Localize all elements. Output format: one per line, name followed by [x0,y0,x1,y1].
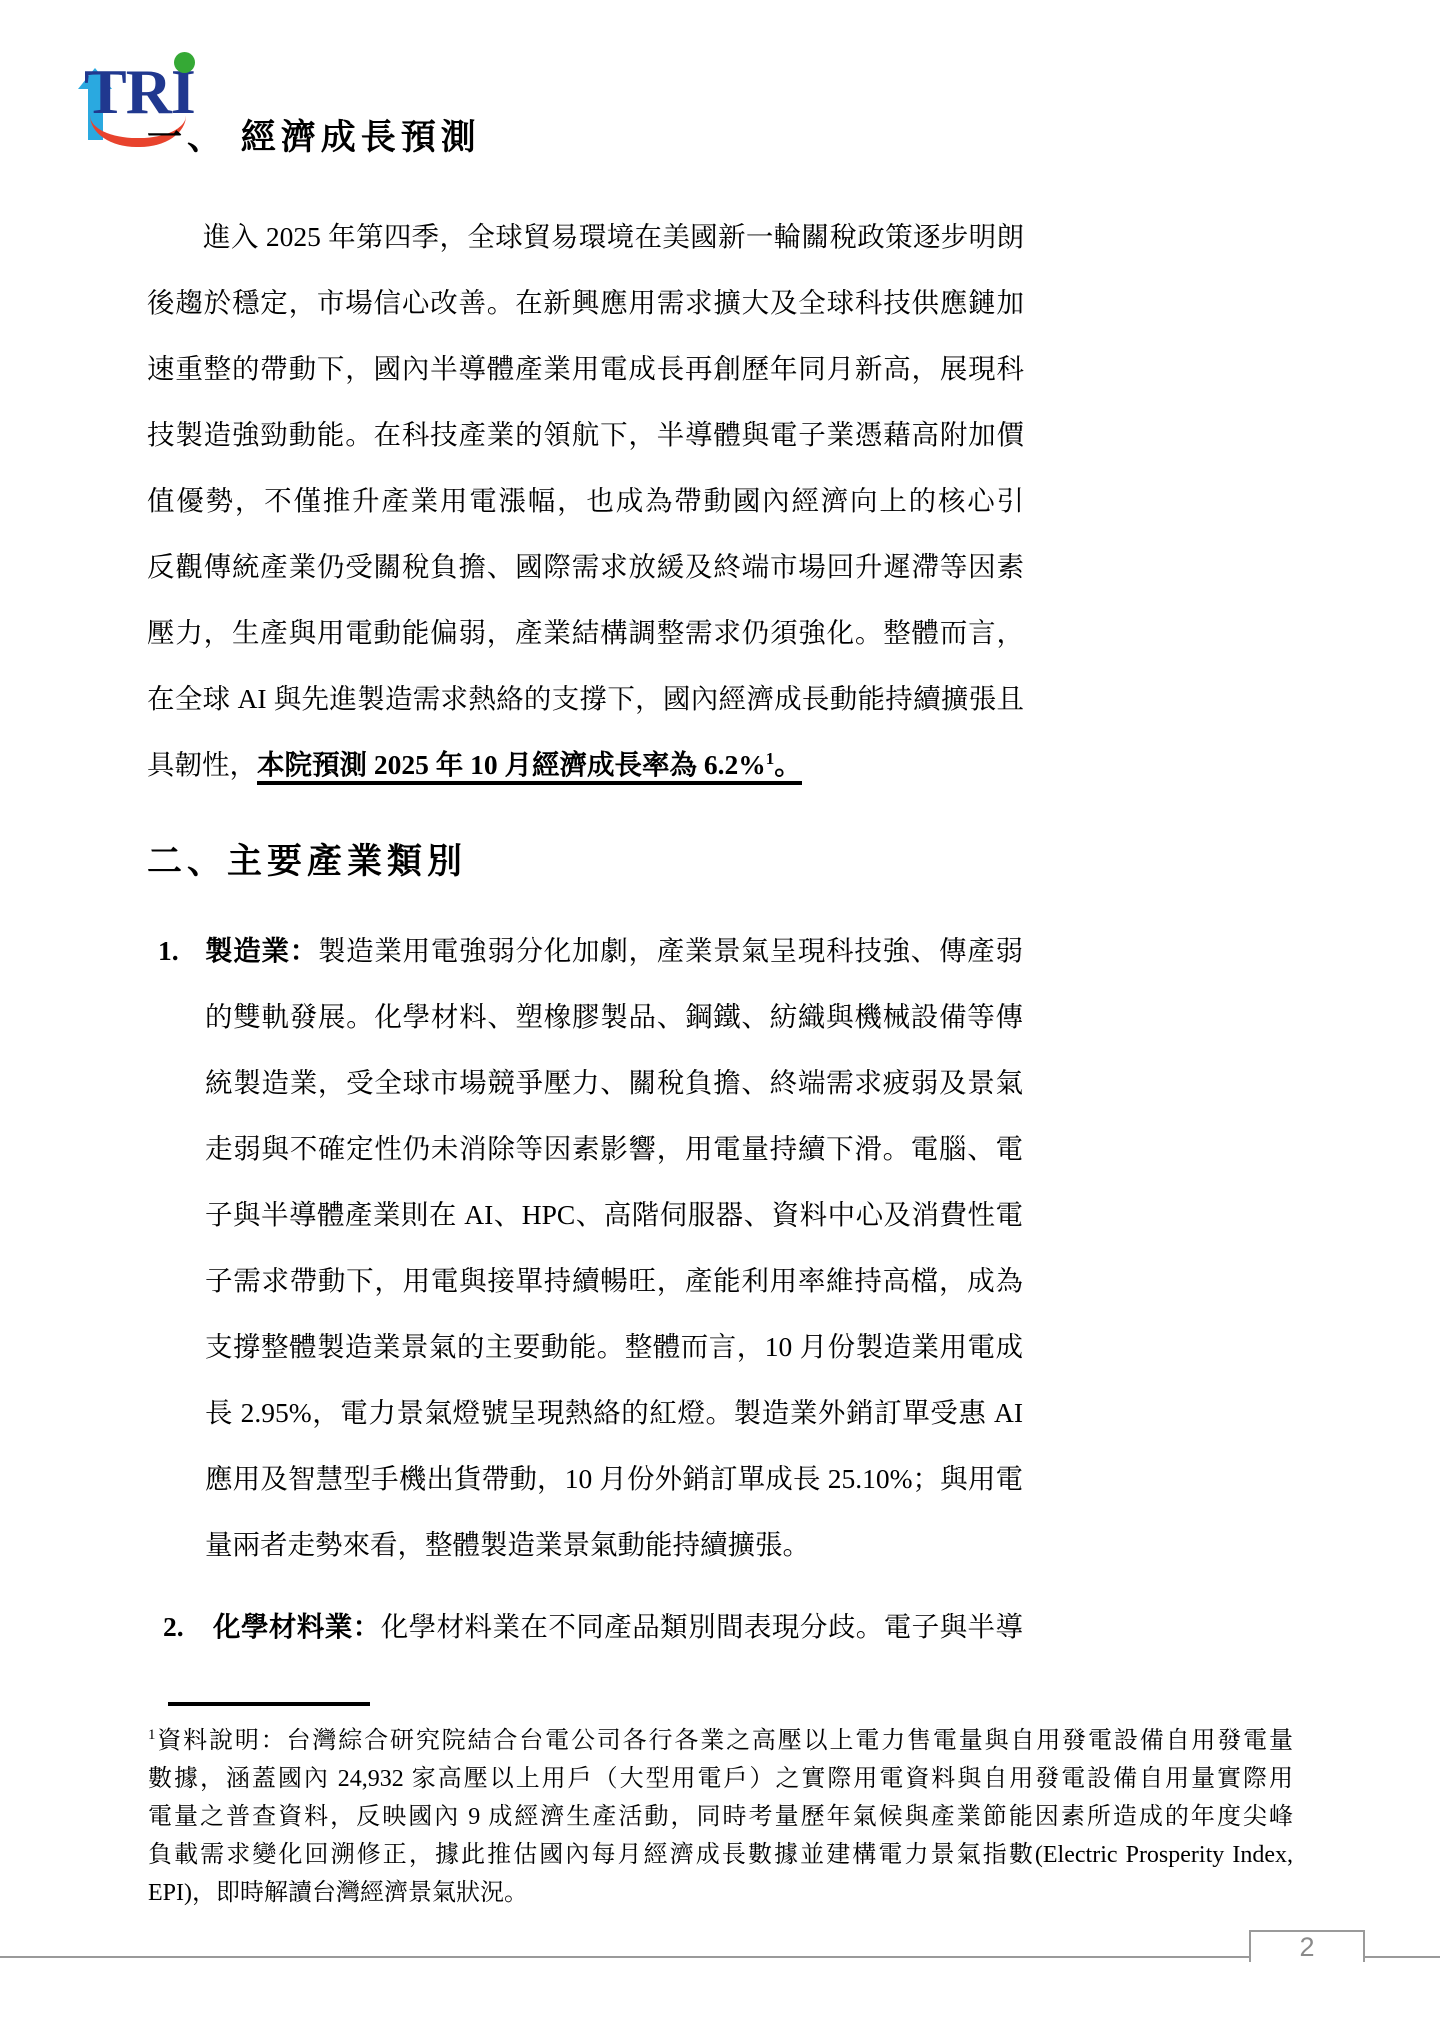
list-line: 統製造業，受全球市場競爭壓力、關稅負擔、終端需求疲弱及景氣 [205,1050,1023,1116]
list-item-label: 化學材料業： [213,1611,381,1642]
section-one-heading: 一、 經濟成長預測 [147,110,481,160]
paragraph-line: 值優勢，不僅推升產業用電漲幅，也成為帶動國內經濟向上的核心引擎。 [147,468,1024,534]
list-line: 化學材料業：化學材料業在不同產品類別間表現分歧。電子與半導 [213,1594,1023,1660]
list-item-body: 化學材料業：化學材料業在不同產品類別間表現分歧。電子與半導 [213,1594,1023,1660]
footer-line [0,1956,1440,1958]
list-line: 子需求帶動下，用電與接單持續暢旺，產能利用率維持高檔，成為 [205,1248,1023,1314]
list-line-text: 化學材料業在不同產品類別間表現分歧。電子與半導 [381,1611,1023,1642]
footnote-line: 1資料說明：台灣綜合研究院結合台電公司各行各業之高壓以上電力售電量與自用發電設備… [148,1722,1293,1760]
footnote-ref: 1 [766,749,775,768]
footnote-line: 負載需求變化回溯修正，據此推估國內每月經濟成長數據並建構電力景氣指數(Elect… [148,1836,1293,1874]
footnote-line: EPI)，即時解讀台灣經濟景氣狀況。 [148,1874,1293,1912]
footnote: 1資料說明：台灣綜合研究院結合台電公司各行各業之高壓以上電力售電量與自用發電設備… [148,1722,1293,1912]
list-number: 1. [158,918,179,984]
list-number: 2. [163,1594,184,1660]
forecast-prefix: 具韌性， [147,749,257,780]
footnote-line: 電量之普查資料，反映國內 9 成經濟生產活動，同時考量歷年氣候與產業節能因素所造… [148,1798,1293,1836]
section-two-heading: 二、主要產業類別 [147,834,467,884]
paragraph-line: 反觀傳統產業仍受關稅負擔、國際需求放緩及終端市場回升遲滯等因素 [147,534,1024,600]
forecast-period: 。 [774,749,802,780]
list-line: 量兩者走勢來看，整體製造業景氣動能持續擴張。 [205,1512,1023,1578]
page-number-tab: 2 [1249,1930,1365,1962]
forecast-highlight-text: 本院預測 2025 年 10 月經濟成長率為 6.2% [257,749,766,780]
list-line: 長 2.95%，電力景氣燈號呈現熱絡的紅燈。製造業外銷訂單受惠 AI [205,1380,1023,1446]
list-line: 支撐整體製造業景氣的主要動能。整體而言，10 月份製造業用電成 [205,1314,1023,1380]
list-item-chemical: 2. 化學材料業：化學材料業在不同產品類別間表現分歧。電子與半導 [147,1594,1024,1660]
list-line: 應用及智慧型手機出貨帶動，10 月份外銷訂單成長 25.10%；與用電 [205,1446,1023,1512]
forecast-highlight: 本院預測 2025 年 10 月經濟成長率為 6.2%1。 [257,749,802,785]
list-line: 子與半導體產業則在 AI、HPC、高階伺服器、資料中心及消費性電 [205,1182,1023,1248]
paragraph-line-forecast: 具韌性，本院預測 2025 年 10 月經濟成長率為 6.2%1。 [147,732,1024,798]
list-item-body: 製造業：製造業用電強弱分化加劇，產業景氣呈現科技強、傳產弱 的雙軌發展。化學材料… [205,918,1023,1578]
document-page: TRI 一、 經濟成長預測 進入 2025 年第四季，全球貿易環境在美國新一輪關… [0,0,1440,2036]
footnote-divider [168,1702,370,1706]
list-item-manufacturing: 1. 製造業：製造業用電強弱分化加劇，產業景氣呈現科技強、傳產弱 的雙軌發展。化… [147,918,1024,1578]
paragraph-line: 後趨於穩定，市場信心改善。在新興應用需求擴大及全球科技供應鏈加 [147,270,1024,336]
economic-forecast-paragraph: 進入 2025 年第四季，全球貿易環境在美國新一輪關稅政策逐步明朗 後趨於穩定，… [147,204,1024,798]
paragraph-line: 技製造強勁動能。在科技產業的領航下，半導體與電子業憑藉高附加價 [147,402,1024,468]
industry-list: 1. 製造業：製造業用電強弱分化加劇，產業景氣呈現科技強、傳產弱 的雙軌發展。化… [147,918,1024,1660]
paragraph-line: 進入 2025 年第四季，全球貿易環境在美國新一輪關稅政策逐步明朗 [147,204,1024,270]
list-line-text: 製造業用電強弱分化加劇，產業景氣呈現科技強、傳產弱 [318,935,1023,966]
footnote-line: 數據，涵蓋國內 24,932 家高壓以上用戶（大型用電戶）之實際用電資料與自用發… [148,1760,1293,1798]
list-line: 製造業：製造業用電強弱分化加劇，產業景氣呈現科技強、傳產弱 [205,918,1023,984]
list-item-label: 製造業： [205,935,318,966]
list-line: 的雙軌發展。化學材料、塑橡膠製品、鋼鐵、紡織與機械設備等傳 [205,984,1023,1050]
page-number: 2 [1299,1932,1314,1963]
footnote-line-text: 資料說明：台灣綜合研究院結合台電公司各行各業之高壓以上電力售電量與自用發電設備自… [155,1728,1293,1754]
list-line: 走弱與不確定性仍未消除等因素影響，用電量持續下滑。電腦、電 [205,1116,1023,1182]
paragraph-line: 速重整的帶動下，國內半導體產業用電成長再創歷年同月新高，展現科 [147,336,1024,402]
logo-green-dot-icon [174,52,195,73]
paragraph-line: 在全球 AI 與先進製造需求熱絡的支撐下，國內經濟成長動能持續擴張且 [147,666,1024,732]
paragraph-line: 壓力，生產與用電動能偏弱，產業結構調整需求仍須強化。整體而言， [147,600,1024,666]
